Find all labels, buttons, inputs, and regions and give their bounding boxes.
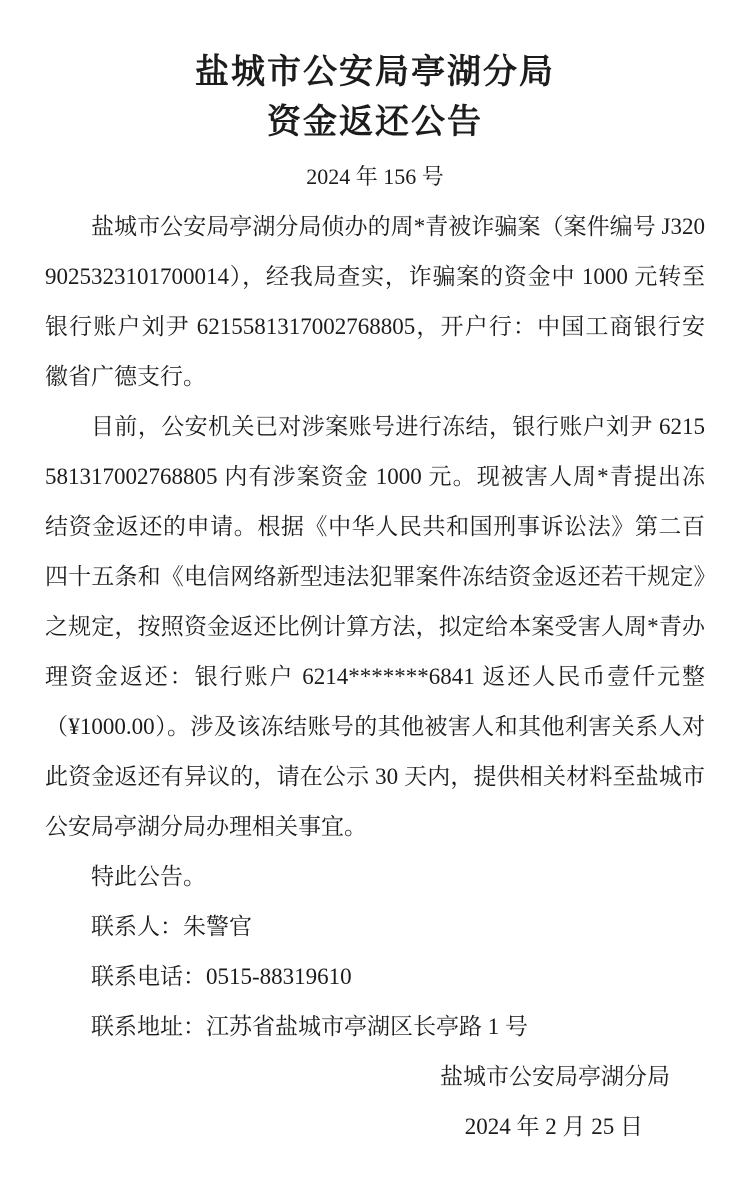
document-number: 2024 年 156 号: [45, 162, 705, 192]
paragraph-return-details: 目前，公安机关已对涉案账号进行冻结，银行账户刘尹 621558131700276…: [45, 402, 705, 852]
contact-person-line: 联系人：朱警官: [45, 902, 705, 952]
paragraph-case-summary: 盐城市公安局亭湖分局侦办的周*青被诈骗案（案件编号 J3209025323101…: [45, 202, 705, 402]
document-title-org: 盐城市公安局亭湖分局: [45, 50, 705, 96]
announcement-document: 盐城市公安局亭湖分局 资金返还公告 2024 年 156 号 盐城市公安局亭湖分…: [0, 0, 750, 1192]
contact-phone-line: 联系电话：0515-88319610: [45, 952, 705, 1002]
signature-organization: 盐城市公安局亭湖分局: [45, 1052, 670, 1102]
contact-address-line: 联系地址：江苏省盐城市亭湖区长亭路 1 号: [45, 1002, 705, 1052]
paragraph-closing: 特此公告。: [45, 852, 705, 902]
signature-date: 2024 年 2 月 25 日: [45, 1102, 643, 1152]
contact-phone-label: 联系电话：: [91, 964, 206, 989]
signature-block: 盐城市公安局亭湖分局 2024 年 2 月 25 日: [45, 1052, 705, 1152]
document-title-subject: 资金返还公告: [45, 100, 705, 146]
contact-address-value: 江苏省盐城市亭湖区长亭路 1 号: [206, 1014, 528, 1039]
contact-phone-value: 0515-88319610: [206, 964, 352, 989]
contact-person-value: 朱警官: [183, 914, 252, 939]
contact-address-label: 联系地址：: [91, 1014, 206, 1039]
contact-person-label: 联系人：: [91, 914, 183, 939]
document-body: 盐城市公安局亭湖分局侦办的周*青被诈骗案（案件编号 J3209025323101…: [45, 202, 705, 1152]
